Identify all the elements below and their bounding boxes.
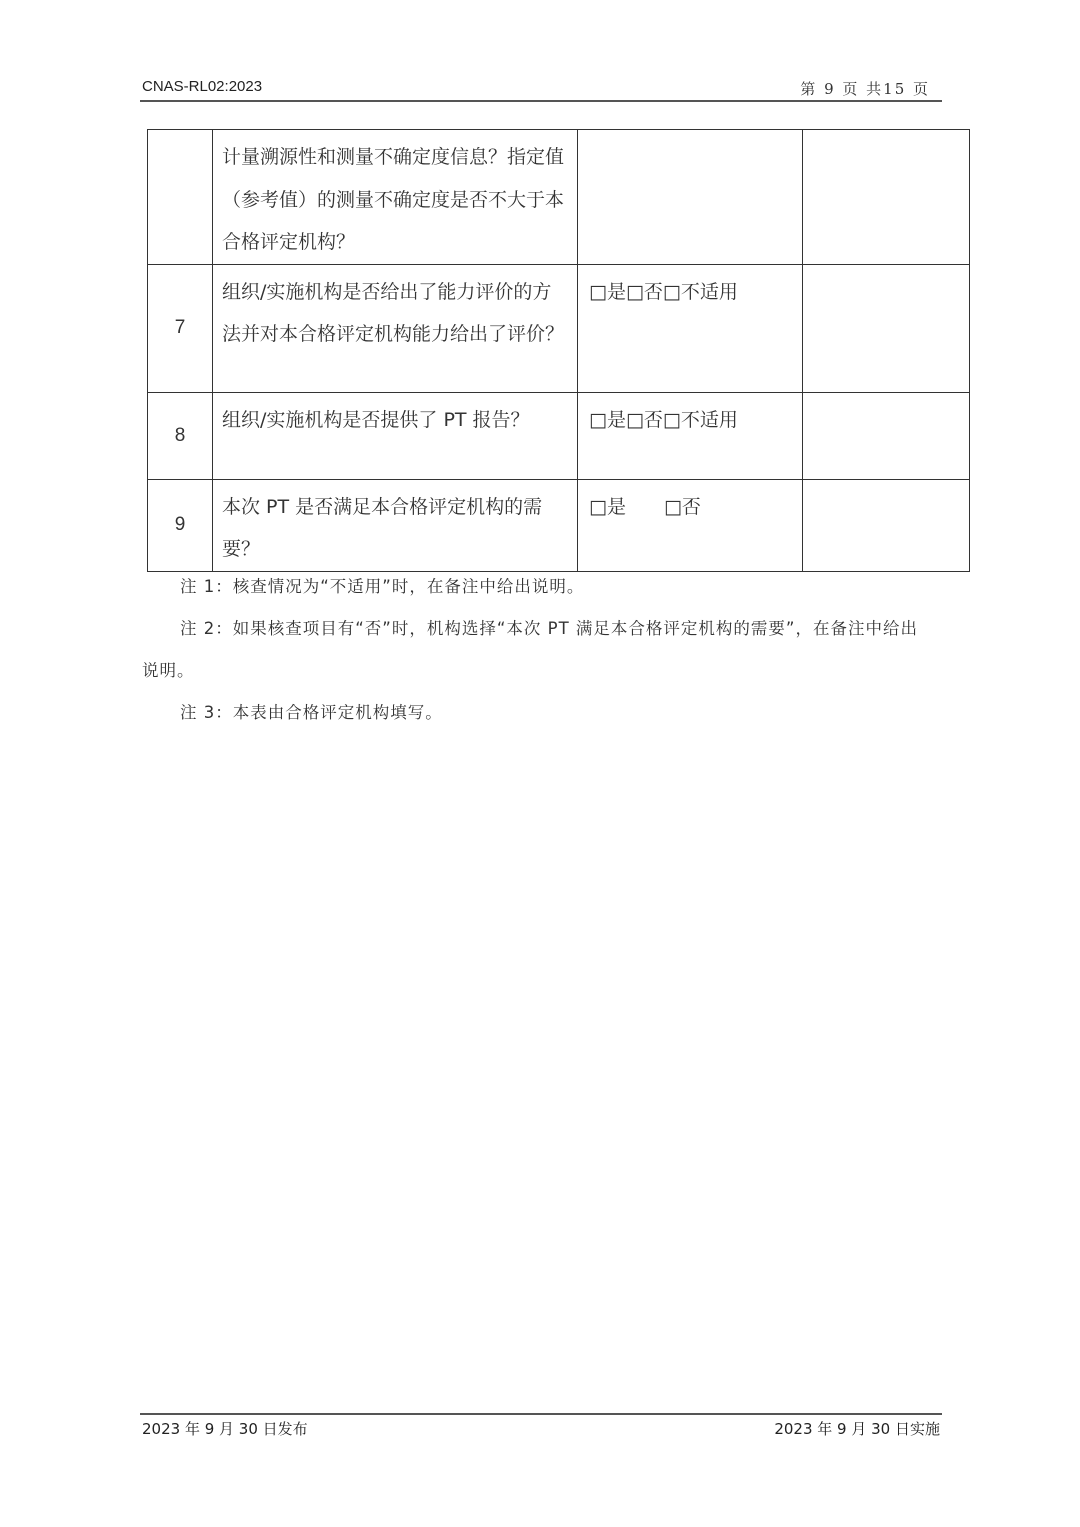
item-number: 8 — [148, 392, 213, 479]
checkbox-no[interactable]: □否 — [664, 496, 701, 518]
table-row: 9 本次 PT 是否满足本合格评定机构的需要？ □是□否 — [148, 479, 970, 571]
check-item-text: 本次 PT 是否满足本合格评定机构的需要？ — [213, 479, 578, 571]
issue-date: 2023 年 9 月 30 日发布 — [142, 1418, 308, 1439]
remark-cell[interactable] — [803, 130, 970, 265]
table-row: 7 组织/实施机构是否给出了能力评价的方法并对本合格评定机构能力给出了评价？ □… — [148, 264, 970, 392]
note-2: 注 2：如果核查项目有“否”时，机构选择“本次 PT 满足本合格评定机构的需要”… — [142, 608, 932, 692]
check-result-options[interactable]: □是□否□不适用 — [578, 264, 803, 392]
check-result[interactable] — [578, 130, 803, 265]
footer-divider — [140, 1413, 942, 1415]
check-result-options[interactable]: □是□否□不适用 — [578, 392, 803, 479]
table-row: 8 组织/实施机构是否提供了 PT 报告？ □是□否□不适用 — [148, 392, 970, 479]
item-number — [148, 130, 213, 265]
note-3: 注 3：本表由合格评定机构填写。 — [142, 692, 932, 734]
header-divider — [140, 100, 942, 102]
document-code: CNAS-RL02:2023 — [142, 78, 262, 95]
remark-cell[interactable] — [803, 479, 970, 571]
remark-cell[interactable] — [803, 264, 970, 392]
checklist-table: 计量溯源性和测量不确定度信息？指定值（参考值）的测量不确定度是否不大于本合格评定… — [147, 129, 970, 572]
check-result-options: □是□否 — [578, 479, 803, 571]
item-number: 7 — [148, 264, 213, 392]
page-header: CNAS-RL02:2023 第 9 页 共15 页 — [142, 78, 942, 100]
remark-cell[interactable] — [803, 392, 970, 479]
checkbox-yes[interactable]: □是 — [589, 496, 626, 518]
implementation-date: 2023 年 9 月 30 日实施 — [774, 1418, 940, 1439]
page-number: 第 9 页 共15 页 — [800, 78, 930, 99]
item-number: 9 — [148, 479, 213, 571]
check-item-text: 组织/实施机构是否给出了能力评价的方法并对本合格评定机构能力给出了评价？ — [213, 264, 578, 392]
check-item-text: 组织/实施机构是否提供了 PT 报告？ — [213, 392, 578, 479]
notes-section: 注 1：核查情况为“不适用”时，在备注中给出说明。 注 2：如果核查项目有“否”… — [142, 566, 932, 734]
table-row: 计量溯源性和测量不确定度信息？指定值（参考值）的测量不确定度是否不大于本合格评定… — [148, 130, 970, 265]
note-1: 注 1：核查情况为“不适用”时，在备注中给出说明。 — [142, 566, 932, 608]
check-item-text: 计量溯源性和测量不确定度信息？指定值（参考值）的测量不确定度是否不大于本合格评定… — [213, 130, 578, 265]
